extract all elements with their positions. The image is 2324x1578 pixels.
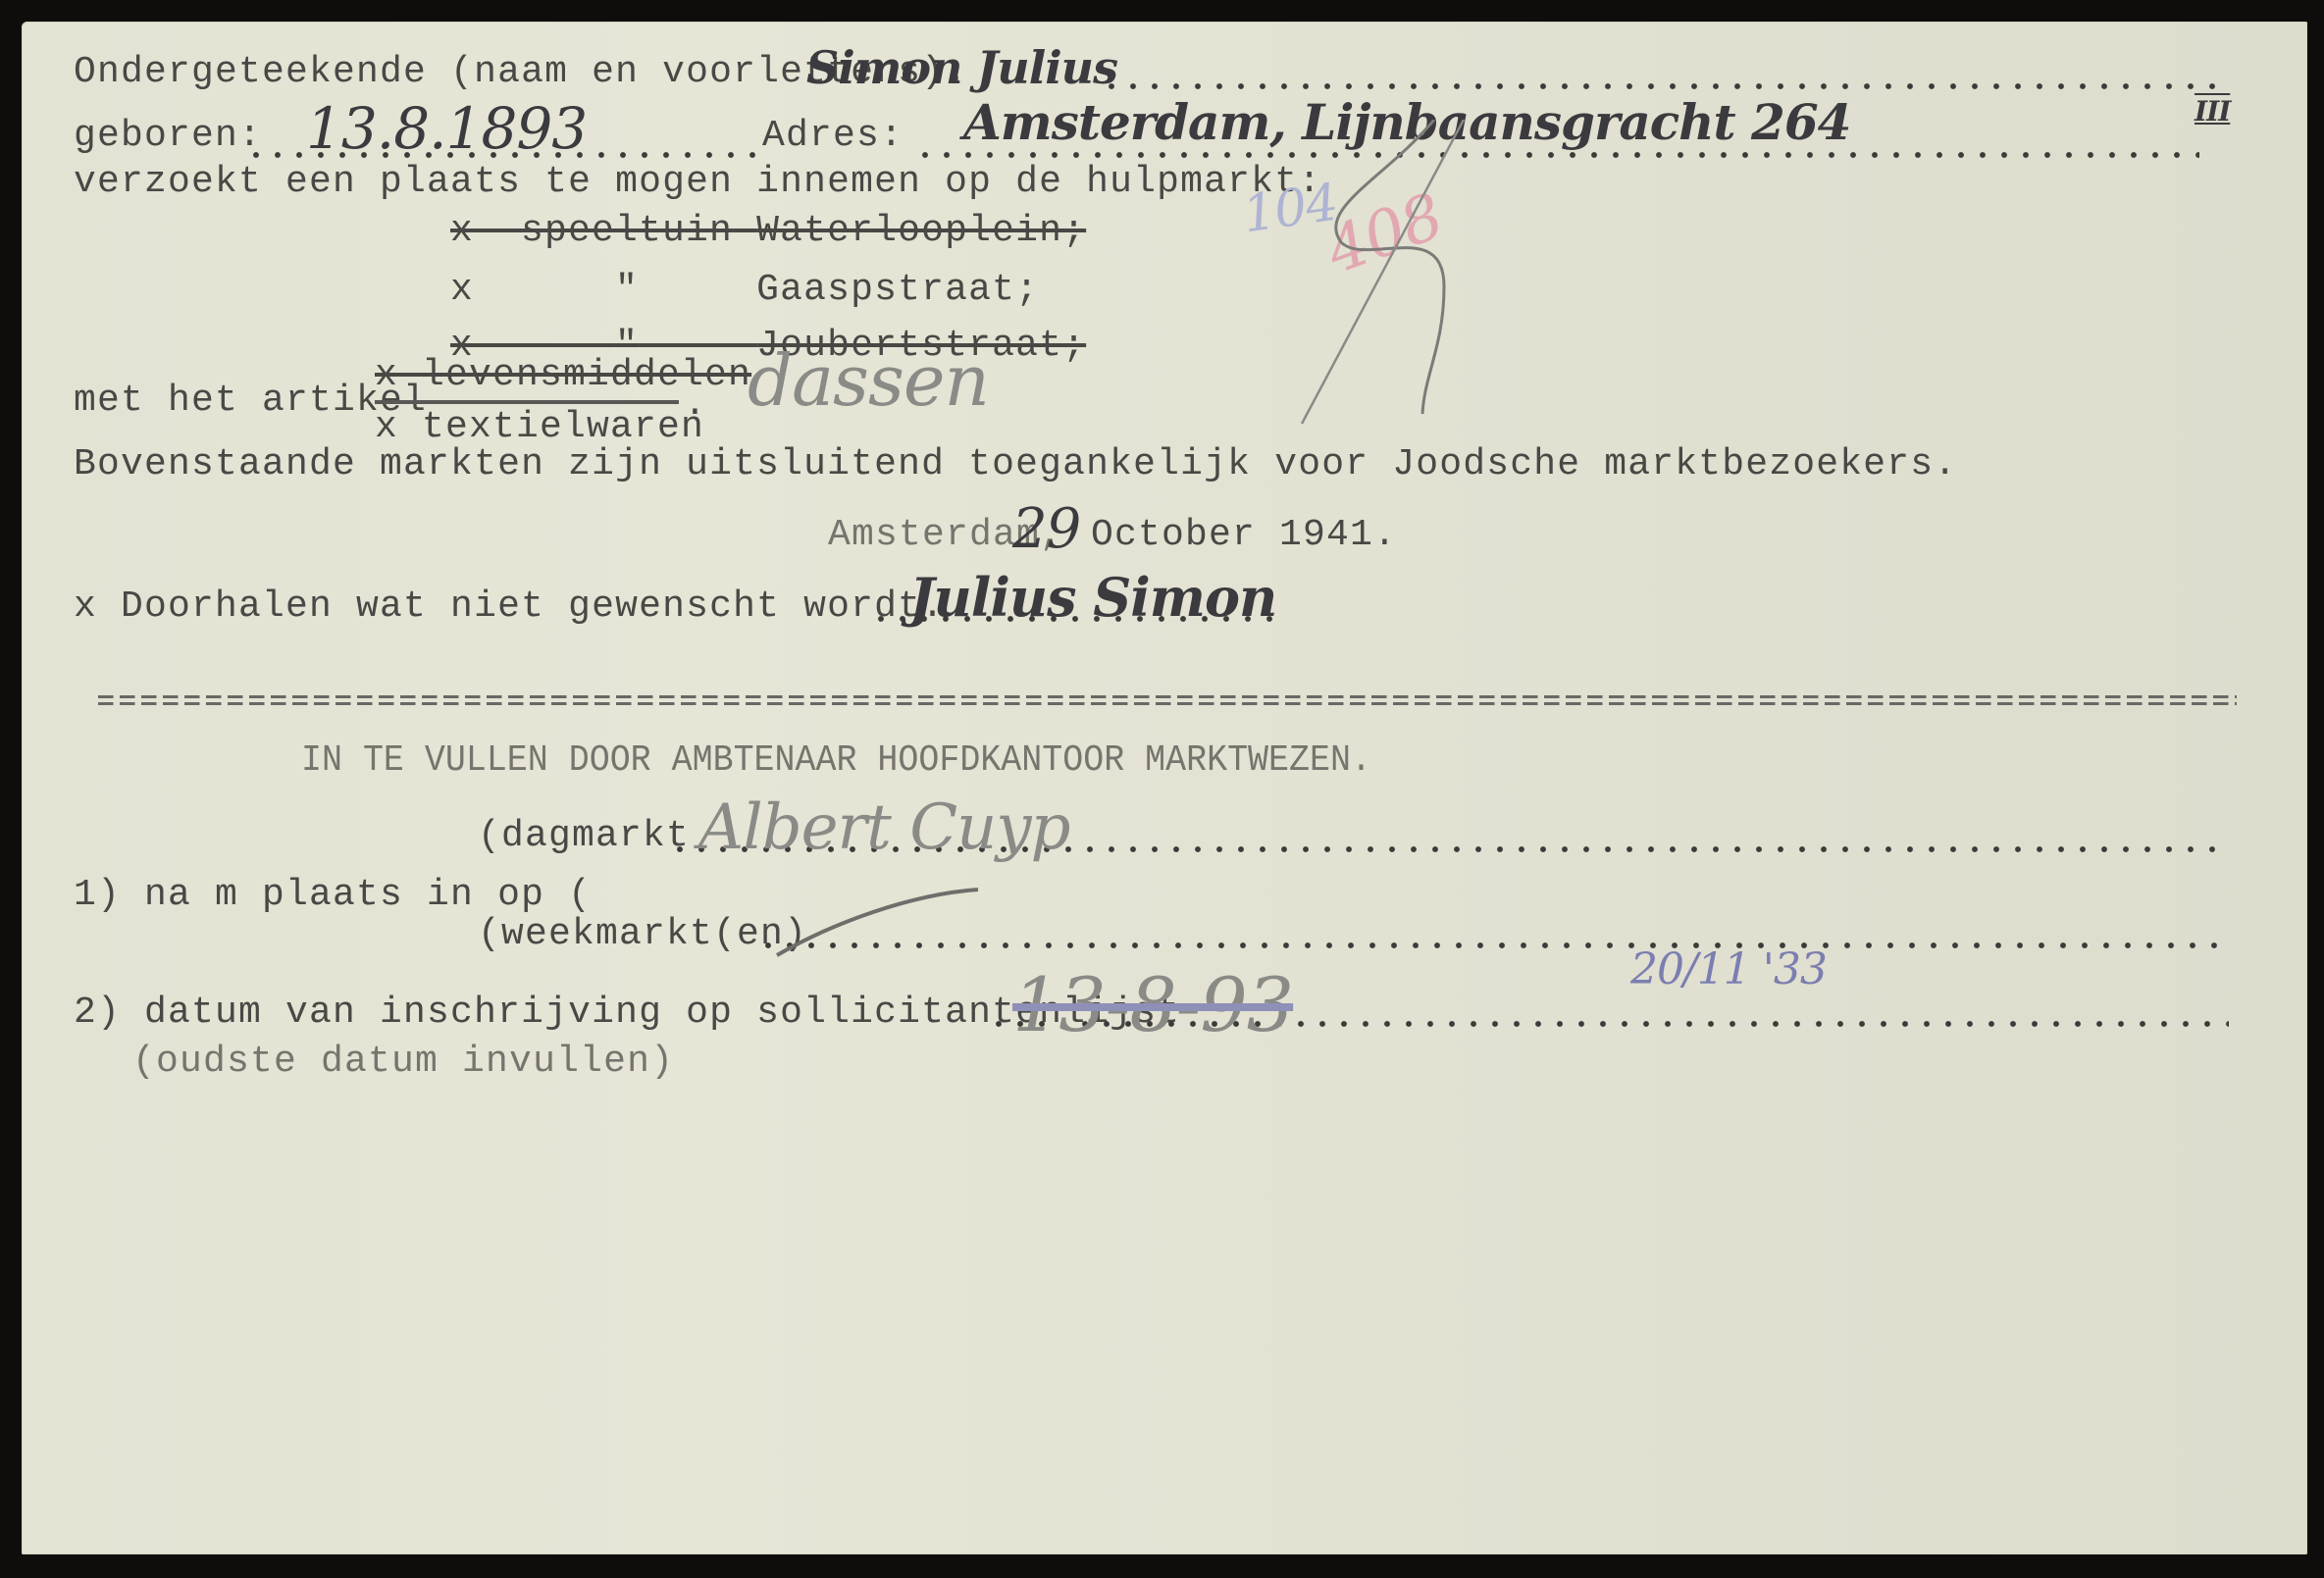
address-label: Adres:	[762, 118, 904, 155]
article-option-textiles: x textielwaren	[375, 409, 704, 446]
signature-day: 29	[1012, 502, 1080, 557]
address-floor: III	[2195, 98, 2230, 126]
item1-label: 1) na m plaats in op (	[74, 877, 592, 914]
address-dotted-line	[914, 151, 2199, 159]
weekmarkt-dotted-line	[757, 942, 2229, 949]
item2-struck-value: 13-8-93	[1012, 968, 1293, 1043]
article-handwritten-value: dassen	[748, 345, 989, 416]
margin-note-red: 408	[1319, 185, 1451, 284]
name-dotted-line	[1101, 82, 2219, 90]
official-section-title: IN TE VULLEN DOOR AMBTENAAR HOOFDKANTOOR…	[301, 742, 1371, 780]
address-value: Amsterdam, Lijnbaansgracht 264	[963, 98, 1850, 147]
name-value: Simon Julius	[806, 45, 1117, 90]
item2-sublabel: (oudste datum invullen)	[132, 1044, 674, 1081]
application-card: Ondergeteekende (naam en voorletters): S…	[22, 22, 2307, 1554]
dagmarkt-label: (dagmarkt	[478, 818, 690, 855]
article-period: .	[684, 386, 707, 424]
applicant-signature: Julius Simon	[909, 571, 1276, 624]
market-option-1: x speeltuin Waterlooplein;	[450, 213, 1086, 250]
strike-footnote: x Doorhalen wat niet gewenscht wordt.	[74, 588, 945, 626]
signature-month-year: October 1941.	[1091, 517, 1397, 554]
request-text: verzoekt een plaats te mogen innemen op …	[74, 164, 1321, 201]
born-label: geboren:	[74, 118, 262, 155]
born-value: 13.8.1893	[306, 100, 587, 157]
item2-value: 20/11 '33	[1630, 948, 1827, 992]
dagmarkt-value: Albert Cuyp	[698, 796, 1070, 859]
jewish-only-notice: Bovenstaande markten zijn uitsluitend to…	[74, 446, 1957, 484]
market-option-2: x " Gaaspstraat;	[450, 272, 1039, 309]
section-separator	[98, 693, 2237, 707]
